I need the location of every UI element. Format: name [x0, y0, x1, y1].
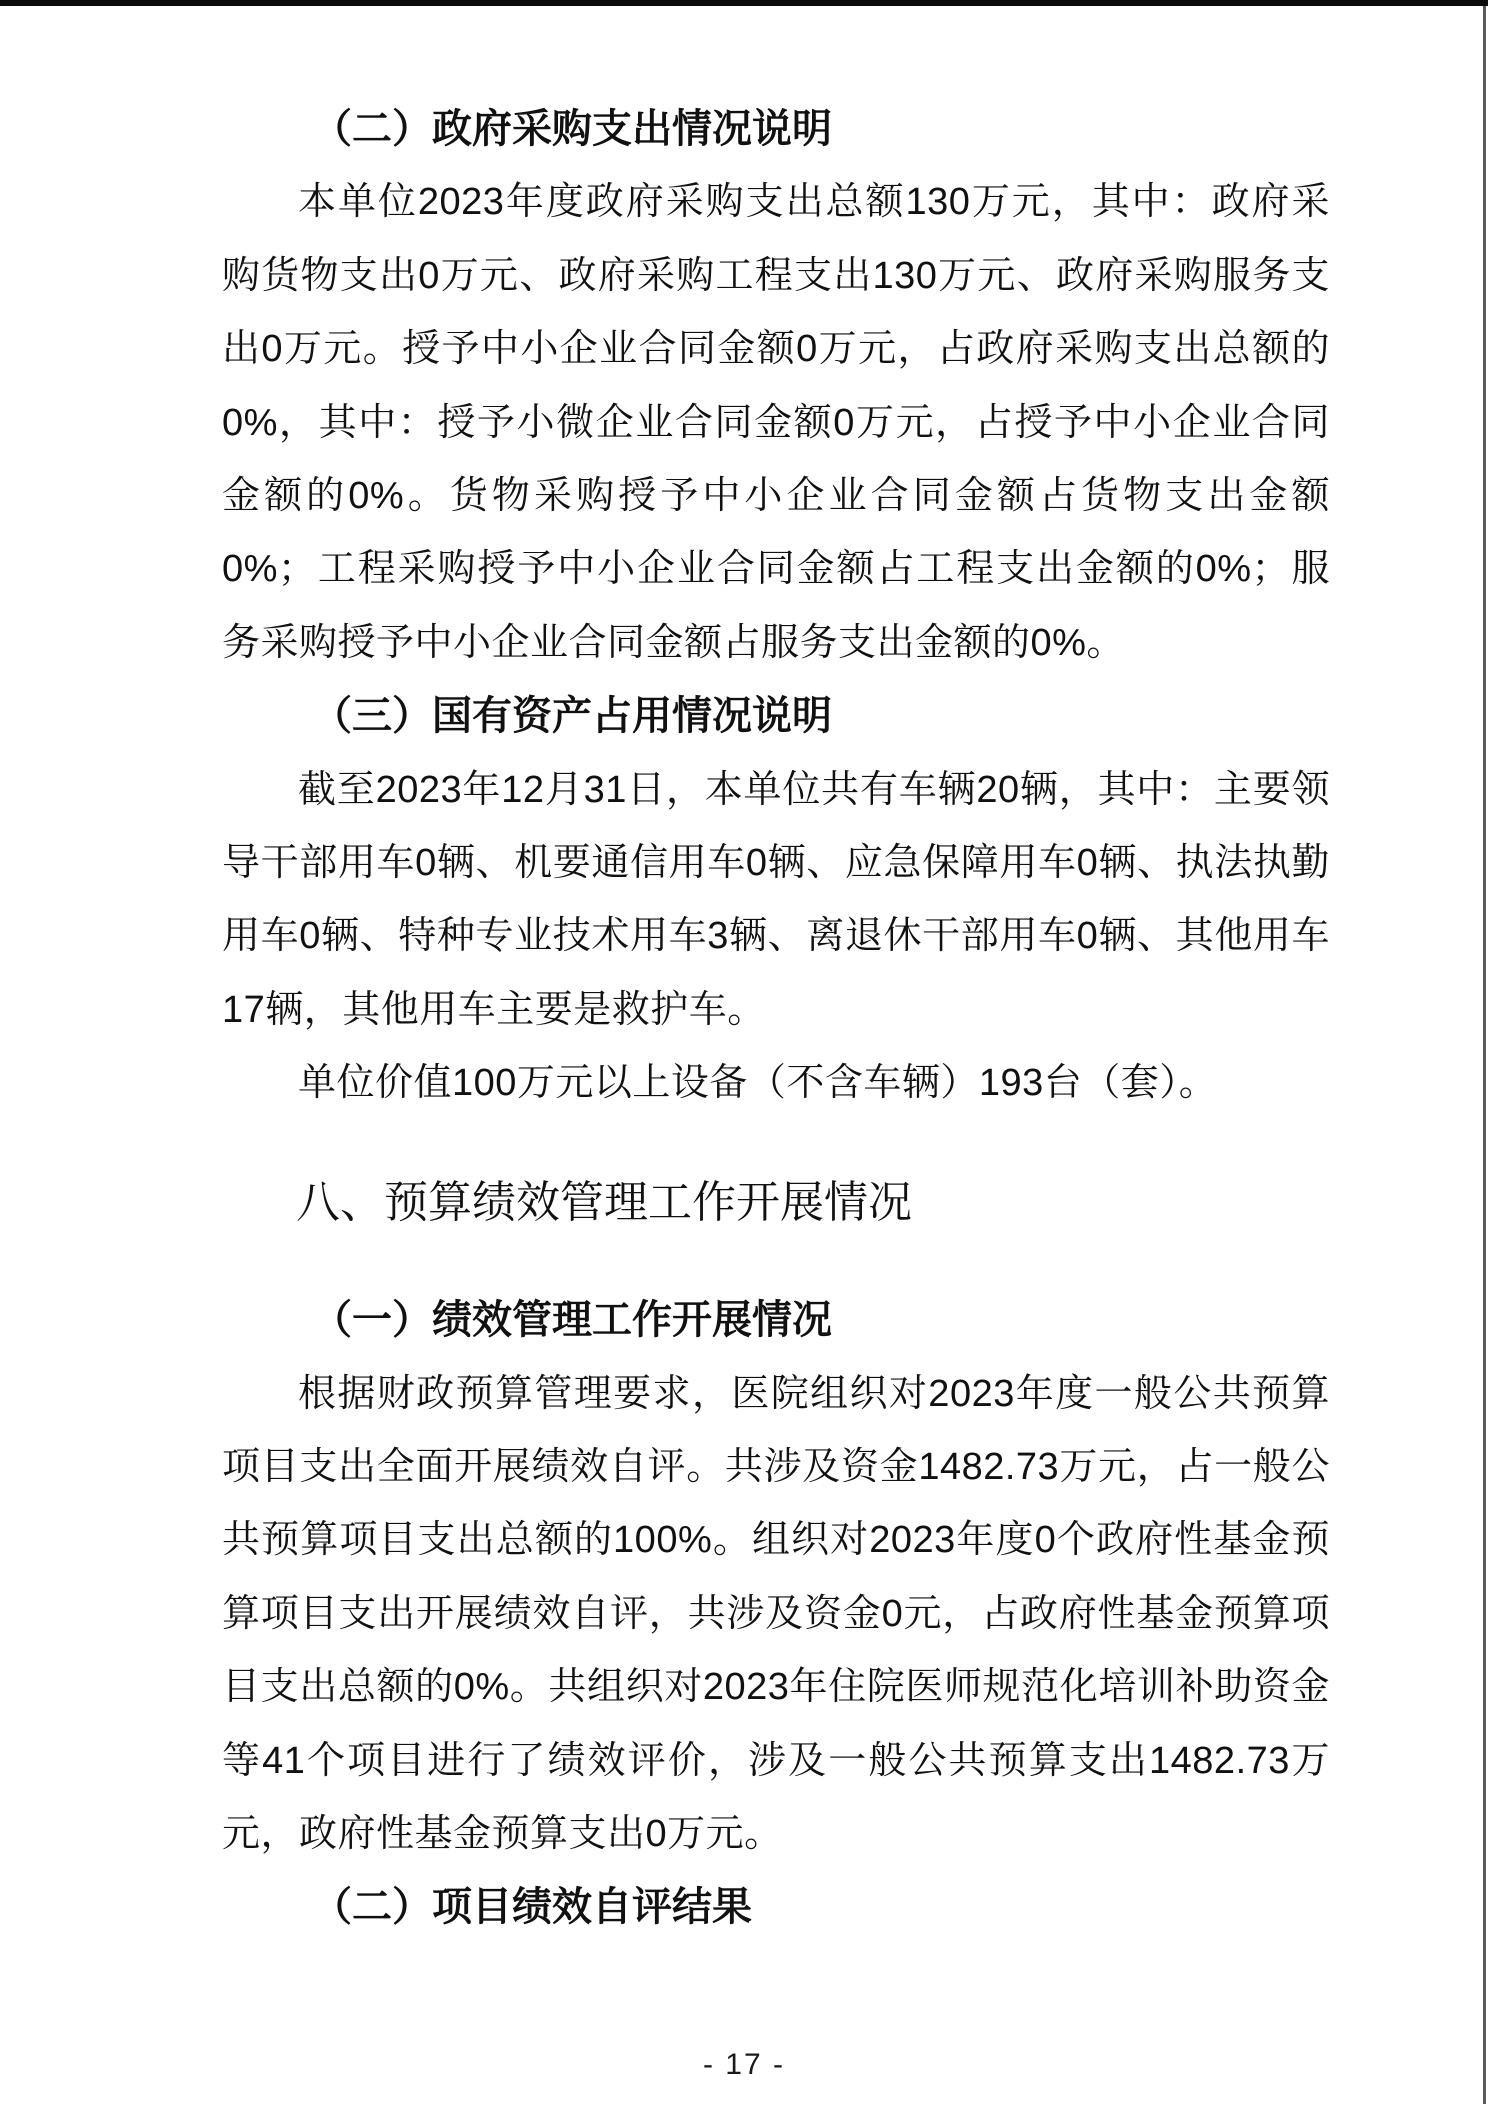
- section-heading-level2: （一）绩效管理工作开展情况: [222, 1284, 1330, 1357]
- document-page: （二）政府采购支出情况说明本单位2023年度政府采购支出总额130万元，其中：政…: [0, 0, 1488, 2104]
- body-paragraph: 根据财政预算管理要求，医院组织对2023年度一般公共预算项目支出全面开展绩效自评…: [222, 1358, 1330, 1872]
- section-heading-level1: 八、预算绩效管理工作开展情况: [222, 1166, 1330, 1239]
- page-number: - 17 -: [0, 2048, 1488, 2082]
- section-heading-level2: （二）政府采购支出情况说明: [222, 93, 1330, 166]
- section-heading-level2: （三）国有资产占用情况说明: [222, 680, 1330, 753]
- scan-artifact-right-line: [1483, 6, 1486, 2104]
- body-paragraph: 单位价值100万元以上设备（不含车辆）193台（套）。: [222, 1047, 1330, 1120]
- scan-artifact-top-bar: [0, 0, 1488, 6]
- section-heading-level2: （二）项目绩效自评结果: [222, 1871, 1330, 1944]
- document-body: （二）政府采购支出情况说明本单位2023年度政府采购支出总额130万元，其中：政…: [222, 93, 1330, 1945]
- body-paragraph: 截至2023年12月31日，本单位共有车辆20辆，其中：主要领导干部用车0辆、机…: [222, 754, 1330, 1048]
- body-paragraph: 本单位2023年度政府采购支出总额130万元，其中：政府采购货物支出0万元、政府…: [222, 166, 1330, 680]
